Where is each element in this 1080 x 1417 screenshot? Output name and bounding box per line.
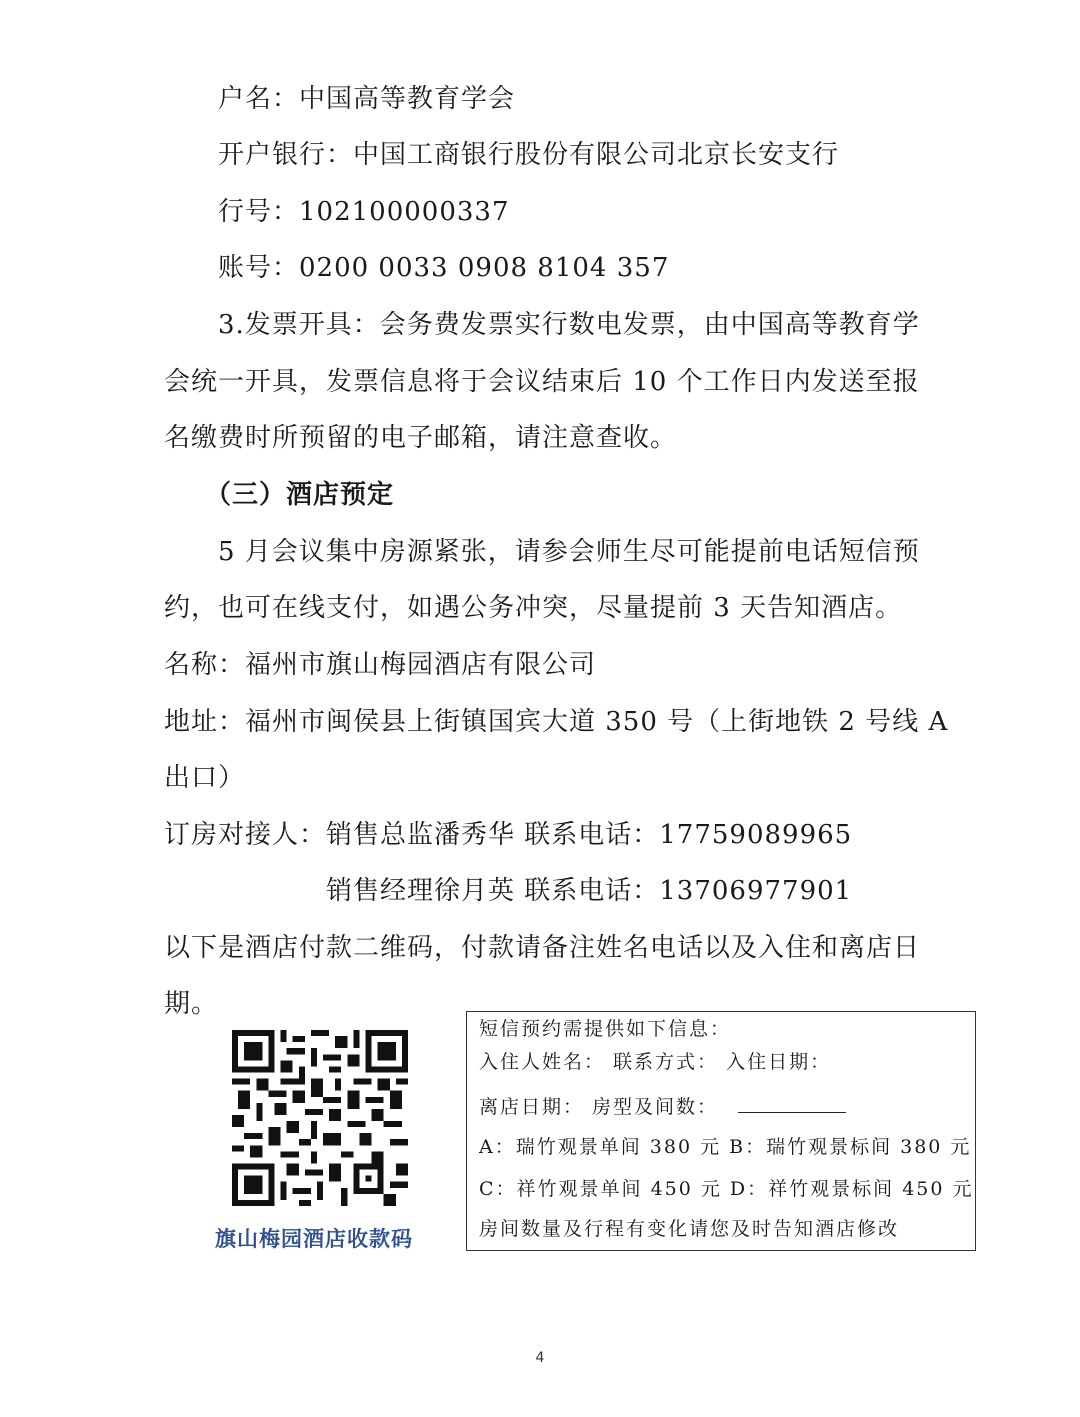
hotel-address-line-1: 地址：福州市闽侯县上街镇国宾大道 350 号（上街地铁 2 号线 A bbox=[164, 705, 948, 739]
sms-box-title: 短信预约需提供如下信息： bbox=[479, 1016, 731, 1042]
sms-fields-row-2-text: 离店日期： 房型及间数： bbox=[479, 1096, 718, 1118]
hotel-intro-line-1: 5 月会议集中房源紧张，请参会师生尽可能提前电话短信预 bbox=[218, 535, 920, 569]
bank-name: 开户银行：中国工商银行股份有限公司北京长安支行 bbox=[218, 138, 839, 172]
section-heading-hotel: （三）酒店预定 bbox=[205, 478, 394, 512]
room-options-c-d: C：祥竹观景单间 450 元 D：祥竹观景标间 450 元 bbox=[479, 1176, 974, 1202]
fill-in-blank bbox=[738, 1092, 846, 1113]
qr-note-line-1: 以下是酒店付款二维码，付款请备注姓名电话以及入住和离店日 bbox=[164, 931, 920, 965]
invoice-line-3: 名缴费时所预留的电子邮箱，请注意查收。 bbox=[164, 421, 677, 455]
sms-box-note: 房间数量及行程有变化请您及时告知酒店修改 bbox=[479, 1216, 899, 1242]
hotel-name: 名称：福州市旗山梅园酒店有限公司 bbox=[164, 648, 596, 682]
booking-contact-1: 订房对接人：销售总监潘秀华 联系电话：17759089965 bbox=[164, 818, 852, 852]
qr-code-icon bbox=[232, 1030, 408, 1206]
hotel-intro-line-2: 约，也可在线支付，如遇公务冲突，尽量提前 3 天告知酒店。 bbox=[164, 591, 902, 625]
page-number: 4 bbox=[0, 1350, 1080, 1366]
sms-booking-info-box: 短信预约需提供如下信息： 入住人姓名： 联系方式： 入住日期： 离店日期： 房型… bbox=[466, 1011, 976, 1251]
room-options-a-b: A：瑞竹观景单间 380 元 B：瑞竹观景标间 380 元 bbox=[479, 1134, 971, 1160]
sms-fields-row-1: 入住人姓名： 联系方式： 入住日期： bbox=[479, 1049, 831, 1075]
payment-qr-code bbox=[232, 1030, 408, 1206]
sms-fields-row-2: 离店日期： 房型及间数： bbox=[479, 1092, 846, 1120]
invoice-line-2: 会统一开具，发票信息将于会议结束后 10 个工作日内发送至报 bbox=[164, 365, 920, 399]
bank-code: 行号：102100000337 bbox=[218, 195, 510, 229]
qr-note-line-2: 期。 bbox=[164, 987, 218, 1021]
invoice-line-1: 3.发票开具：会务费发票实行数电发票，由中国高等教育学 bbox=[218, 308, 920, 342]
account-number: 账号：0200 0033 0908 8104 357 bbox=[218, 251, 669, 285]
hotel-address-line-2: 出口） bbox=[164, 761, 245, 795]
booking-contact-2: 销售经理徐月英 联系电话：13706977901 bbox=[326, 874, 852, 908]
account-name: 户名：中国高等教育学会 bbox=[218, 82, 515, 116]
qr-code-caption: 旗山梅园酒店收款码 bbox=[214, 1224, 414, 1254]
